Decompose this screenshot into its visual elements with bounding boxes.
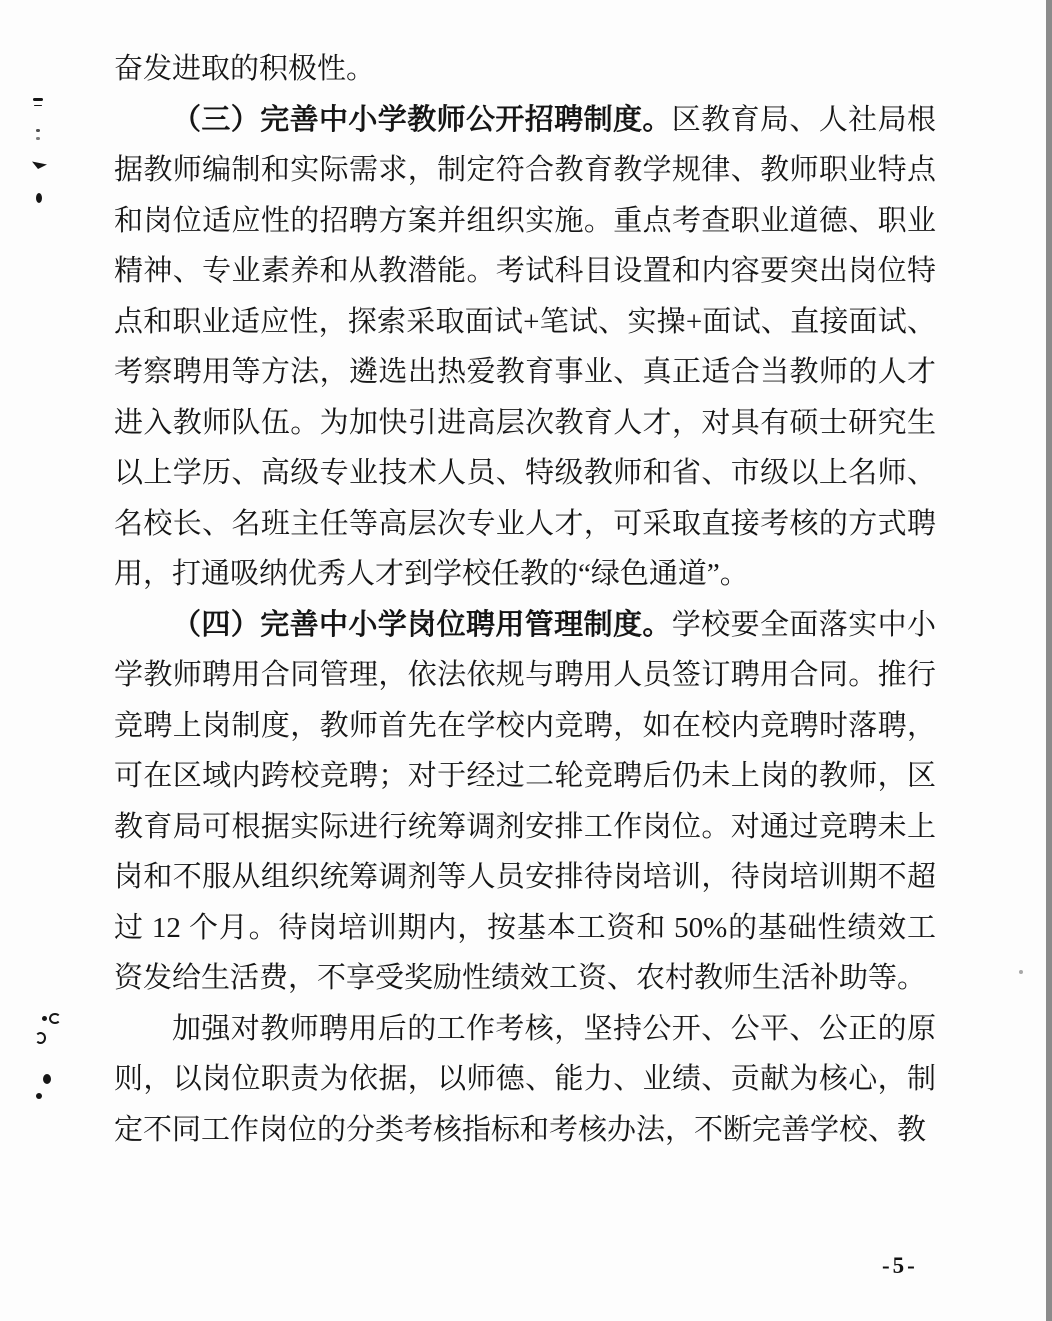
paragraph-text: 加强对教师聘用后的工作考核，坚持公开、公平、公正的原则，以岗位职责为依据，以师德… [114,1013,936,1146]
ink-speck [35,1032,46,1044]
ink-speck [32,159,47,169]
document-page: 奋发进取的积极性。 （三）完善中小学教师公开招聘制度。区教育局、人社局根据教师编… [0,0,1052,1321]
paragraph-section-3: （三）完善中小学教师公开招聘制度。区教育局、人社局根据教师编制和实际需求，制定符… [114,95,936,600]
page-number: -5- [882,1253,918,1279]
paragraph-continuation: 奋发进取的积极性。 [114,44,936,95]
ink-speck [36,129,40,132]
paragraph-text: 奋发进取的积极性。 [114,53,375,85]
ink-speck [49,1013,61,1024]
section-3-heading: （三）完善中小学教师公开招聘制度。 [172,104,672,136]
section-4-heading: （四）完善中小学岗位聘用管理制度。 [172,609,672,641]
paragraph-section-4: （四）完善中小学岗位聘用管理制度。学校要全面落实中小学教师聘用合同管理，依法依规… [114,600,936,1004]
ink-speck [33,98,43,101]
document-body: 奋发进取的积极性。 （三）完善中小学教师公开招聘制度。区教育局、人社局根据教师编… [114,44,936,1155]
ink-speck [43,1074,51,1084]
ink-speck [36,1093,42,1099]
paragraph-text: 学校要全面落实中小学教师聘用合同管理，依法依规与聘用人员签订聘用合同。推行竞聘上… [114,609,936,995]
paragraph-text: 区教育局、人社局根据教师编制和实际需求，制定符合教育教学规律、教师职业特点和岗位… [114,104,936,591]
paragraph-assessment: 加强对教师聘用后的工作考核，坚持公开、公平、公正的原则，以岗位职责为依据，以师德… [114,1004,936,1156]
scan-edge-right [1046,0,1052,1321]
ink-speck [42,1016,47,1021]
ink-speck [36,193,42,203]
ink-speck [1019,970,1023,974]
